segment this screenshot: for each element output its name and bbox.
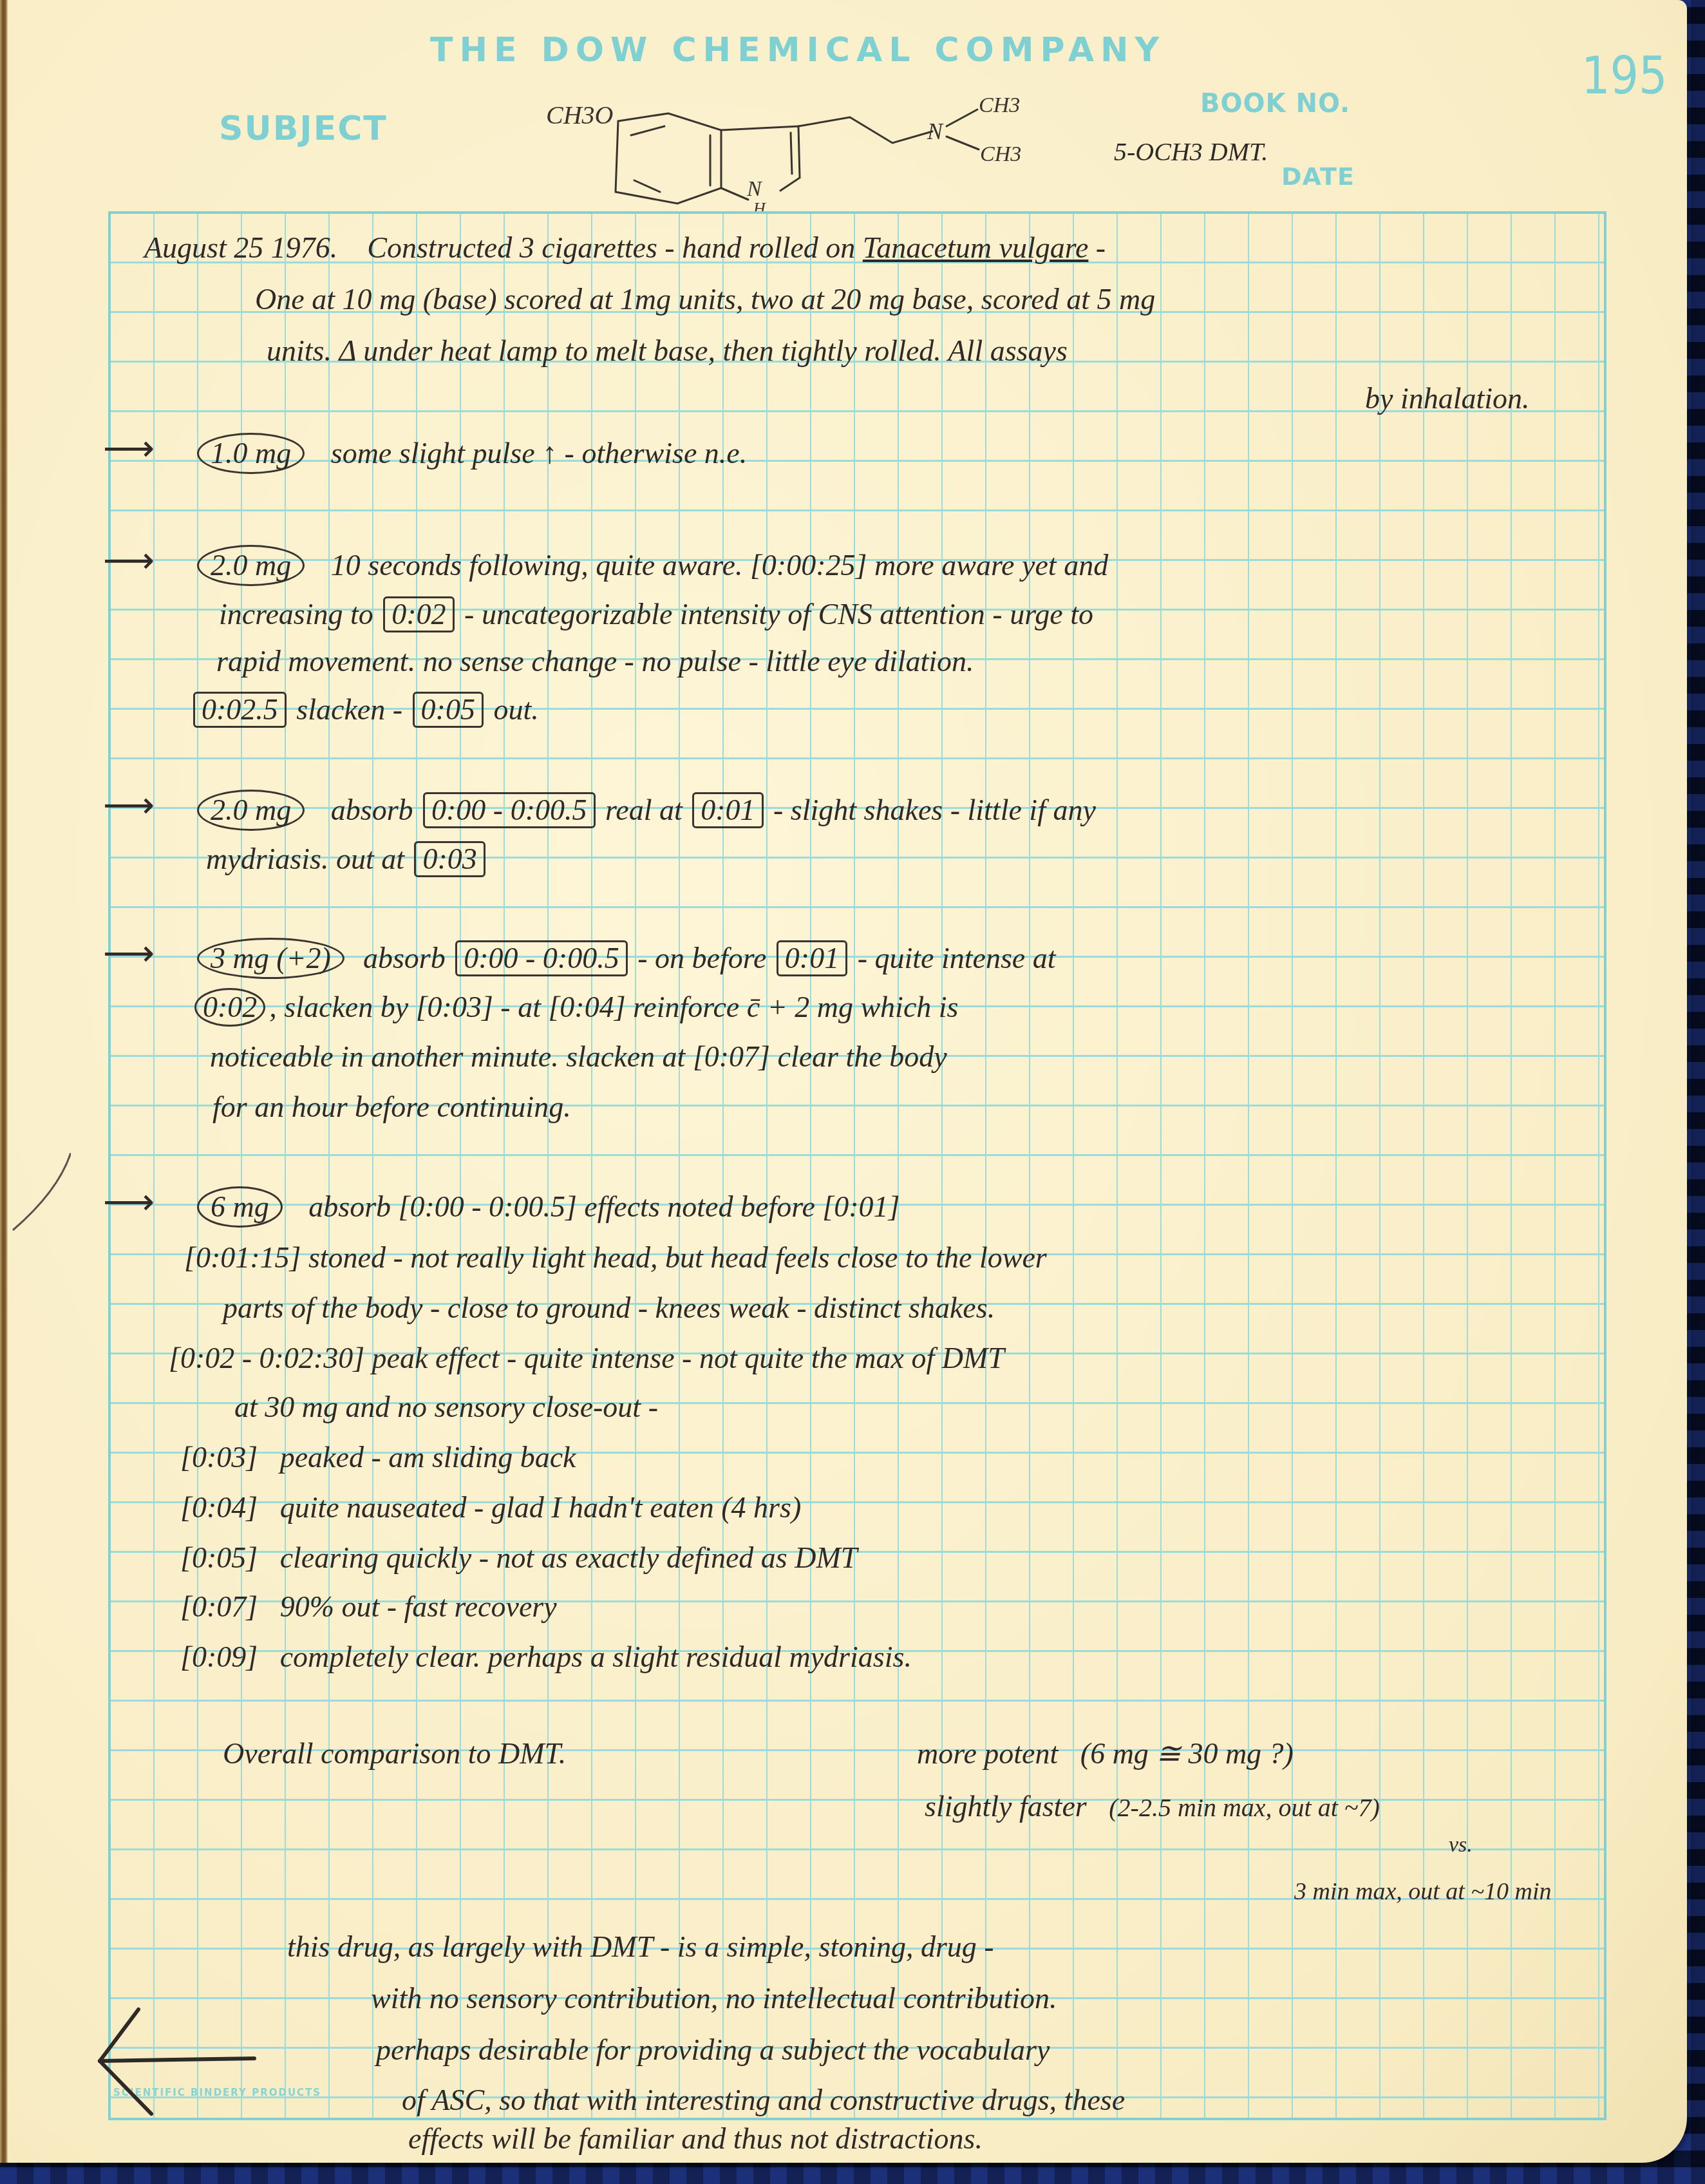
margin-mark bbox=[6, 1153, 71, 1243]
arrow-right-icon: ⟶ bbox=[103, 784, 155, 826]
timeline-item: [0:05] clearing quickly - not as exactly… bbox=[180, 1543, 857, 1573]
comparison-vs: vs. bbox=[1449, 1834, 1473, 1856]
svg-text:CH3: CH3 bbox=[980, 142, 1021, 166]
book-number-label: BOOK NO. bbox=[1200, 89, 1350, 119]
dose-badge: 6 mg bbox=[197, 1186, 283, 1228]
arrow-left-icon bbox=[93, 2003, 261, 2119]
entry-4-line-3: noticeable in another minute. slacken at… bbox=[210, 1042, 947, 1072]
svg-text:H: H bbox=[753, 199, 766, 213]
dose-badge: 2.0 mg bbox=[197, 545, 305, 586]
arrow-right-icon: ⟶ bbox=[103, 933, 155, 974]
conclusion-line: perhaps desirable for providing a subjec… bbox=[376, 2035, 1050, 2065]
dose-badge: 2.0 mg bbox=[197, 790, 305, 831]
company-header: THE DOW CHEMICAL COMPANY bbox=[430, 31, 1165, 70]
timestamp: [0:05] bbox=[180, 1541, 258, 1574]
entry-3-line-2: mydriasis. out at 0:03 bbox=[206, 841, 488, 877]
svg-text:CH3: CH3 bbox=[979, 93, 1020, 117]
timestamp: 0:02 bbox=[194, 988, 265, 1027]
entry-3-line-1: 2.0 mg absorb 0:00 - 0:00.5 real at 0:01… bbox=[193, 790, 1096, 831]
entry-2-line-2: increasing to 0:02 - uncategorizable int… bbox=[219, 596, 1093, 632]
graph-paper-grid bbox=[108, 211, 1606, 2120]
timestamp: [0:03] bbox=[416, 991, 493, 1023]
entry-5-line-5: at 30 mg and no sensory close-out - bbox=[234, 1392, 658, 1422]
timestamp: [0:04] bbox=[180, 1491, 258, 1524]
date-label: DATE bbox=[1281, 162, 1355, 191]
timestamp: 0:01 bbox=[777, 940, 847, 976]
page-binding-edge bbox=[0, 0, 8, 2163]
timestamp: [0:09] bbox=[180, 1640, 258, 1673]
entry-4-line-1: 3 mg (+2) absorb 0:00 - 0:00.5 - on befo… bbox=[193, 938, 1056, 979]
svg-text:N: N bbox=[927, 119, 944, 144]
timestamp: [0:04] bbox=[548, 991, 625, 1023]
timestamp: [0:03] bbox=[180, 1441, 258, 1474]
arrow-right-icon: ⟶ bbox=[103, 1181, 155, 1223]
subject-label: SUBJECT bbox=[219, 109, 388, 148]
timeline-item: [0:04] quite nauseated - glad I hadn't e… bbox=[180, 1493, 801, 1523]
conclusion-line: of ASC, so that with interesting and con… bbox=[402, 2085, 1125, 2115]
intro-line-2: One at 10 mg (base) scored at 1mg units,… bbox=[255, 285, 1155, 314]
arrow-right-icon: ⟶ bbox=[103, 428, 155, 470]
comparison-potency: more potent (6 mg ≅ 30 mg ?) bbox=[917, 1739, 1294, 1769]
entry-4-line-4: for an hour before continuing. bbox=[212, 1092, 571, 1122]
comparison-speed: slightly faster (2-2.5 min max, out at ~… bbox=[925, 1792, 1380, 1821]
entry-date: August 25 1976. bbox=[144, 231, 337, 264]
entry-5-line-2: [0:01:15] stoned - not really light head… bbox=[184, 1243, 1047, 1273]
timestamp: [0:07] bbox=[180, 1590, 258, 1623]
timestamp: 0:05 bbox=[413, 692, 484, 728]
timestamp: 0:02.5 bbox=[193, 692, 287, 728]
entry-2-line-4: 0:02.5 slacken - 0:05 out. bbox=[191, 692, 539, 728]
timestamp: 0:01 bbox=[692, 792, 763, 828]
entry-5-line-1: 6 mg absorb [0:00 - 0:00.5] effects note… bbox=[193, 1186, 900, 1228]
timestamp: 0:00 - 0:00.5 bbox=[455, 940, 627, 976]
timestamp: 0:02 bbox=[383, 596, 454, 632]
comparison-dmt-note: 3 min max, out at ~10 min bbox=[1294, 1879, 1551, 1904]
timestamp: 0:00 - 0:00.5 bbox=[423, 792, 595, 828]
comparison-label: Overall comparison to DMT. bbox=[223, 1739, 566, 1769]
timeline-item: [0:07] 90% out - fast recovery bbox=[180, 1592, 557, 1622]
timeline-item: [0:03] peaked - am sliding back bbox=[180, 1443, 576, 1472]
notebook-page: THE DOW CHEMICAL COMPANY SUBJECT BOOK NO… bbox=[0, 0, 1687, 2163]
conclusion-line: with no sensory contribution, no intelle… bbox=[371, 1984, 1057, 2013]
intro-line-4: by inhalation. bbox=[1365, 384, 1530, 413]
species-name: Tanacetum vulgare bbox=[863, 231, 1089, 264]
methoxy-label: CH3O bbox=[546, 100, 613, 129]
conclusion-line: this drug, as largely with DMT - is a si… bbox=[287, 1932, 994, 1962]
svg-text:N: N bbox=[746, 177, 763, 201]
entry-2-line-3: rapid movement. no sense change - no pul… bbox=[216, 647, 974, 676]
entry-2-line-1: 2.0 mg 10 seconds following, quite aware… bbox=[193, 545, 1108, 586]
entry-5-line-4: [0:02 - 0:02:30] peak effect - quite int… bbox=[169, 1344, 1004, 1373]
dose-badge: 3 mg (+2) bbox=[197, 938, 344, 979]
timestamp: [0:00:25] bbox=[750, 549, 867, 582]
intro-line-3: units. Δ under heat lamp to melt base, t… bbox=[267, 336, 1068, 366]
entry-1: 1.0 mg some slight pulse ↑ - otherwise n… bbox=[193, 433, 747, 474]
timeline-item: [0:09] completely clear. perhaps a sligh… bbox=[180, 1642, 912, 1672]
entry-4-line-2: 0:02, slacken by [0:03] - at [0:04] rein… bbox=[191, 988, 959, 1027]
page-number: 195 bbox=[1581, 45, 1668, 106]
entry-5-line-3: parts of the body - close to ground - kn… bbox=[223, 1293, 995, 1323]
dose-badge: 1.0 mg bbox=[197, 433, 305, 474]
compound-name: 5-OCH3 DMT. bbox=[1114, 139, 1268, 165]
conclusion-line: effects will be familiar and thus not di… bbox=[408, 2124, 983, 2154]
arrow-right-icon: ⟶ bbox=[103, 540, 155, 582]
timestamp: 0:03 bbox=[414, 841, 485, 877]
intro-line-1: August 25 1976. Constructed 3 cigarettes… bbox=[144, 233, 1106, 263]
chemical-structure-icon: CH3O N CH3 CH3 N H bbox=[528, 77, 1056, 213]
